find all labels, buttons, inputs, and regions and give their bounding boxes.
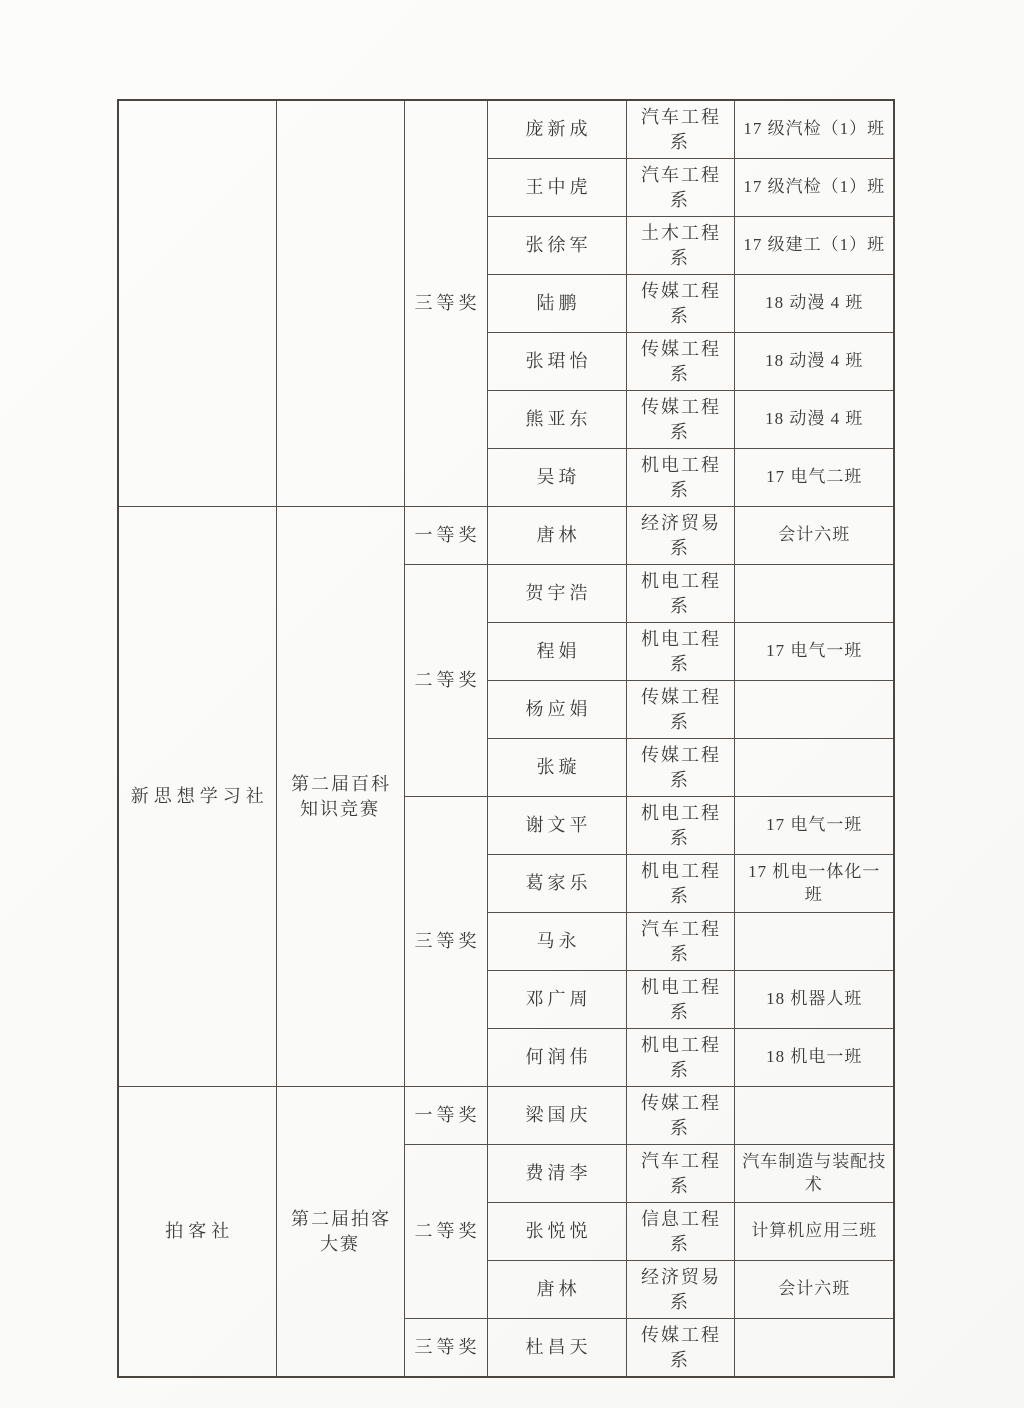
prize-cell: 一等奖 (404, 1087, 487, 1145)
student-name-cell: 熊亚东 (487, 391, 626, 449)
class-cell: 会计六班 (734, 1261, 894, 1319)
class-cell (734, 681, 894, 739)
student-name-cell: 杨应娟 (487, 681, 626, 739)
department-cell: 传媒工程系 (626, 275, 734, 333)
class-cell: 计算机应用三班 (734, 1203, 894, 1261)
student-name-cell: 何润伟 (487, 1029, 626, 1087)
class-cell (734, 565, 894, 623)
student-name-cell: 庞新成 (487, 100, 626, 159)
class-cell: 18 动漫 4 班 (734, 333, 894, 391)
club-cell: 拍客社 (118, 1087, 276, 1378)
class-cell (734, 1087, 894, 1145)
student-name-cell: 费清李 (487, 1145, 626, 1203)
competition-cell: 第二届拍客大赛 (276, 1087, 404, 1378)
class-cell: 17 级建工（1）班 (734, 217, 894, 275)
department-cell: 汽车工程系 (626, 1145, 734, 1203)
prize-cell: 三等奖 (404, 100, 487, 507)
department-cell: 机电工程系 (626, 855, 734, 913)
prize-cell: 二等奖 (404, 1145, 487, 1319)
department-cell: 机电工程系 (626, 623, 734, 681)
student-name-cell: 程娟 (487, 623, 626, 681)
department-cell: 信息工程系 (626, 1203, 734, 1261)
student-name-cell: 王中虎 (487, 159, 626, 217)
prize-cell: 二等奖 (404, 565, 487, 797)
department-cell: 土木工程系 (626, 217, 734, 275)
department-cell: 汽车工程系 (626, 100, 734, 159)
department-cell: 汽车工程系 (626, 159, 734, 217)
competition-cell: 第二届百科知识竞赛 (276, 507, 404, 1087)
department-cell: 机电工程系 (626, 1029, 734, 1087)
class-cell: 17 电气一班 (734, 797, 894, 855)
class-cell: 会计六班 (734, 507, 894, 565)
department-cell: 汽车工程系 (626, 913, 734, 971)
department-cell: 传媒工程系 (626, 739, 734, 797)
class-cell: 18 机电一班 (734, 1029, 894, 1087)
department-cell: 传媒工程系 (626, 681, 734, 739)
department-cell: 经济贸易系 (626, 507, 734, 565)
department-cell: 机电工程系 (626, 449, 734, 507)
class-cell: 18 机器人班 (734, 971, 894, 1029)
student-name-cell: 谢文平 (487, 797, 626, 855)
class-cell: 17 机电一体化一班 (734, 855, 894, 913)
student-name-cell: 陆鹏 (487, 275, 626, 333)
class-cell: 17 级汽检（1）班 (734, 100, 894, 159)
class-cell (734, 739, 894, 797)
scanned-document-page: 三等奖庞新成汽车工程系17 级汽检（1）班王中虎汽车工程系17 级汽检（1）班张… (0, 0, 1024, 1408)
student-name-cell: 吴琦 (487, 449, 626, 507)
student-name-cell: 唐林 (487, 507, 626, 565)
student-name-cell: 张珺怡 (487, 333, 626, 391)
student-name-cell: 邓广周 (487, 971, 626, 1029)
department-cell: 传媒工程系 (626, 1319, 734, 1378)
table-row: 新思想学习社第二届百科知识竞赛一等奖唐林经济贸易系会计六班 (118, 507, 894, 565)
class-cell: 17 电气二班 (734, 449, 894, 507)
prize-cell: 三等奖 (404, 1319, 487, 1378)
awards-table-body: 三等奖庞新成汽车工程系17 级汽检（1）班王中虎汽车工程系17 级汽检（1）班张… (118, 100, 894, 1377)
department-cell: 传媒工程系 (626, 333, 734, 391)
table-row: 三等奖庞新成汽车工程系17 级汽检（1）班 (118, 100, 894, 159)
class-cell: 汽车制造与装配技术 (734, 1145, 894, 1203)
prize-cell: 三等奖 (404, 797, 487, 1087)
department-cell: 机电工程系 (626, 797, 734, 855)
table-row: 拍客社第二届拍客大赛一等奖梁国庆传媒工程系 (118, 1087, 894, 1145)
class-cell: 17 电气一班 (734, 623, 894, 681)
awards-table: 三等奖庞新成汽车工程系17 级汽检（1）班王中虎汽车工程系17 级汽检（1）班张… (117, 99, 895, 1378)
class-cell (734, 913, 894, 971)
student-name-cell: 张徐军 (487, 217, 626, 275)
student-name-cell: 杜昌天 (487, 1319, 626, 1378)
prize-cell: 一等奖 (404, 507, 487, 565)
student-name-cell: 梁国庆 (487, 1087, 626, 1145)
class-cell: 17 级汽检（1）班 (734, 159, 894, 217)
student-name-cell: 张璇 (487, 739, 626, 797)
competition-cell (276, 100, 404, 507)
department-cell: 经济贸易系 (626, 1261, 734, 1319)
class-cell: 18 动漫 4 班 (734, 391, 894, 449)
student-name-cell: 唐林 (487, 1261, 626, 1319)
class-cell (734, 1319, 894, 1378)
student-name-cell: 贺宇浩 (487, 565, 626, 623)
club-cell: 新思想学习社 (118, 507, 276, 1087)
student-name-cell: 马永 (487, 913, 626, 971)
student-name-cell: 张悦悦 (487, 1203, 626, 1261)
student-name-cell: 葛家乐 (487, 855, 626, 913)
department-cell: 传媒工程系 (626, 1087, 734, 1145)
department-cell: 机电工程系 (626, 565, 734, 623)
class-cell: 18 动漫 4 班 (734, 275, 894, 333)
department-cell: 机电工程系 (626, 971, 734, 1029)
club-cell (118, 100, 276, 507)
department-cell: 传媒工程系 (626, 391, 734, 449)
